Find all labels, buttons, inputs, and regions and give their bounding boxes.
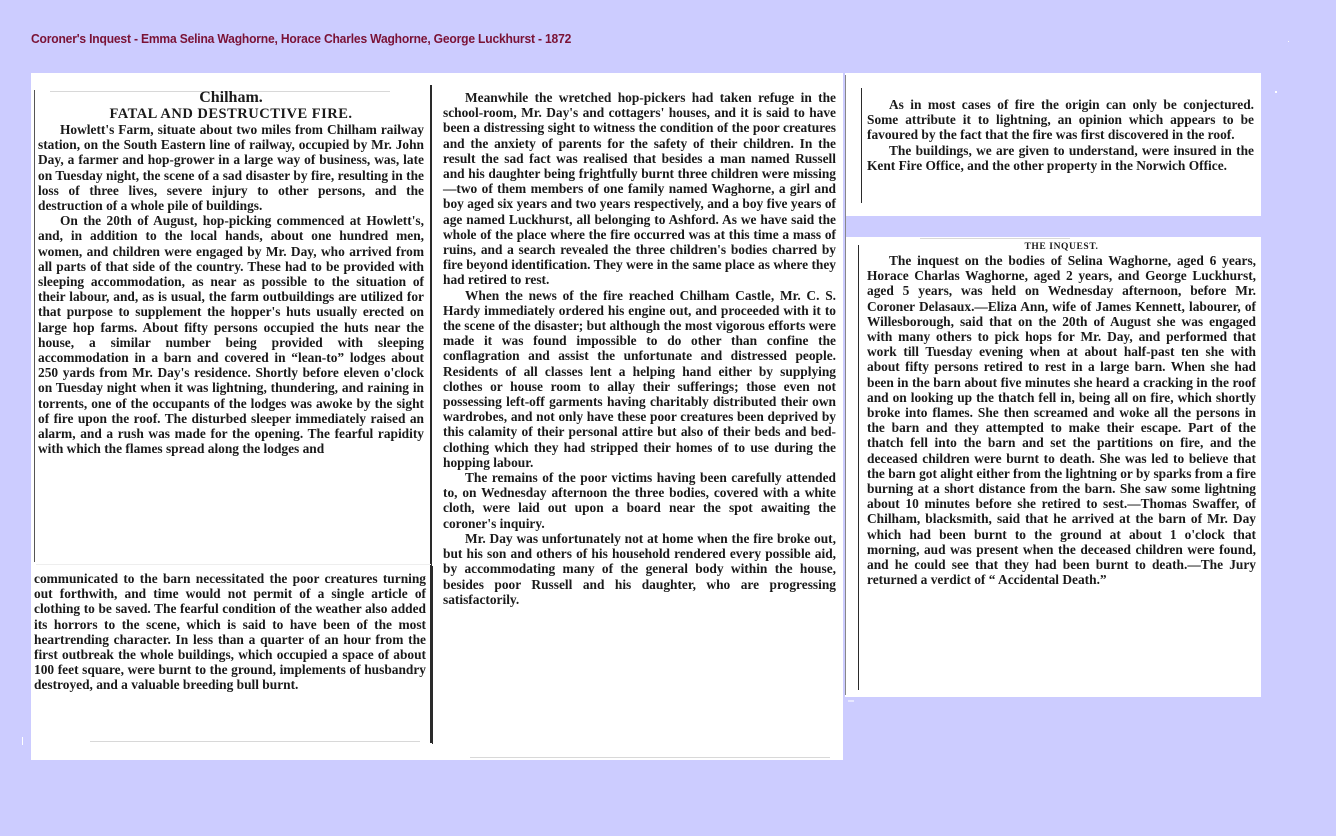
article-column-3-top: As in most cases of fire the origin can … <box>867 97 1254 173</box>
paragraph: On the 20th of August, hop-picking comme… <box>38 213 424 456</box>
inquest-heading: THE INQUEST. <box>867 242 1256 253</box>
scan-artifact <box>1275 91 1277 93</box>
article-headline: FATAL AND DESTRUCTIVE FIRE. <box>38 106 424 122</box>
page-title: Coroner's Inquest - Emma Selina Waghorne… <box>31 31 571 46</box>
paragraph: As in most cases of fire the origin can … <box>867 97 1254 143</box>
column-rule-panel-edge <box>845 75 846 695</box>
divider-inquest-top <box>920 238 1070 239</box>
article-place-heading: Chilham. <box>38 89 424 106</box>
scan-artifact <box>848 700 854 702</box>
paragraph: The inquest on the bodies of Selina Wagh… <box>867 253 1256 587</box>
paragraph: communicated to the barn necessitated th… <box>34 571 426 693</box>
scan-artifact <box>22 737 23 745</box>
paragraph: Meanwhile the wretched hop-pickers had t… <box>443 90 836 288</box>
article-column-3-inquest: THE INQUEST. The inquest on the bodies o… <box>867 242 1256 587</box>
divider-col2-end <box>470 757 830 758</box>
paragraph: When the news of the fire reached Chilha… <box>443 288 836 470</box>
article-column-1-top: Chilham. FATAL AND DESTRUCTIVE FIRE. How… <box>38 89 424 456</box>
scan-artifact <box>1288 41 1289 42</box>
paragraph: Howlett's Farm, situate about two miles … <box>38 122 424 213</box>
article-column-2: Meanwhile the wretched hop-pickers had t… <box>443 90 836 607</box>
article-column-1-bottom: communicated to the barn necessitated th… <box>34 571 426 693</box>
divider-col1-break <box>36 564 431 565</box>
column-rule-2-3-bottom <box>858 245 859 690</box>
paragraph: The remains of the poor victims having b… <box>443 470 836 531</box>
divider-col1-end <box>90 741 420 742</box>
paragraph: Mr. Day was unfortunately not at home wh… <box>443 531 836 607</box>
paragraph: The buildings, we are given to understan… <box>867 143 1254 173</box>
column-rule-2-3-top <box>861 88 862 203</box>
column-rule-1-2-bottom <box>432 566 433 744</box>
column-rule-left <box>34 90 35 562</box>
